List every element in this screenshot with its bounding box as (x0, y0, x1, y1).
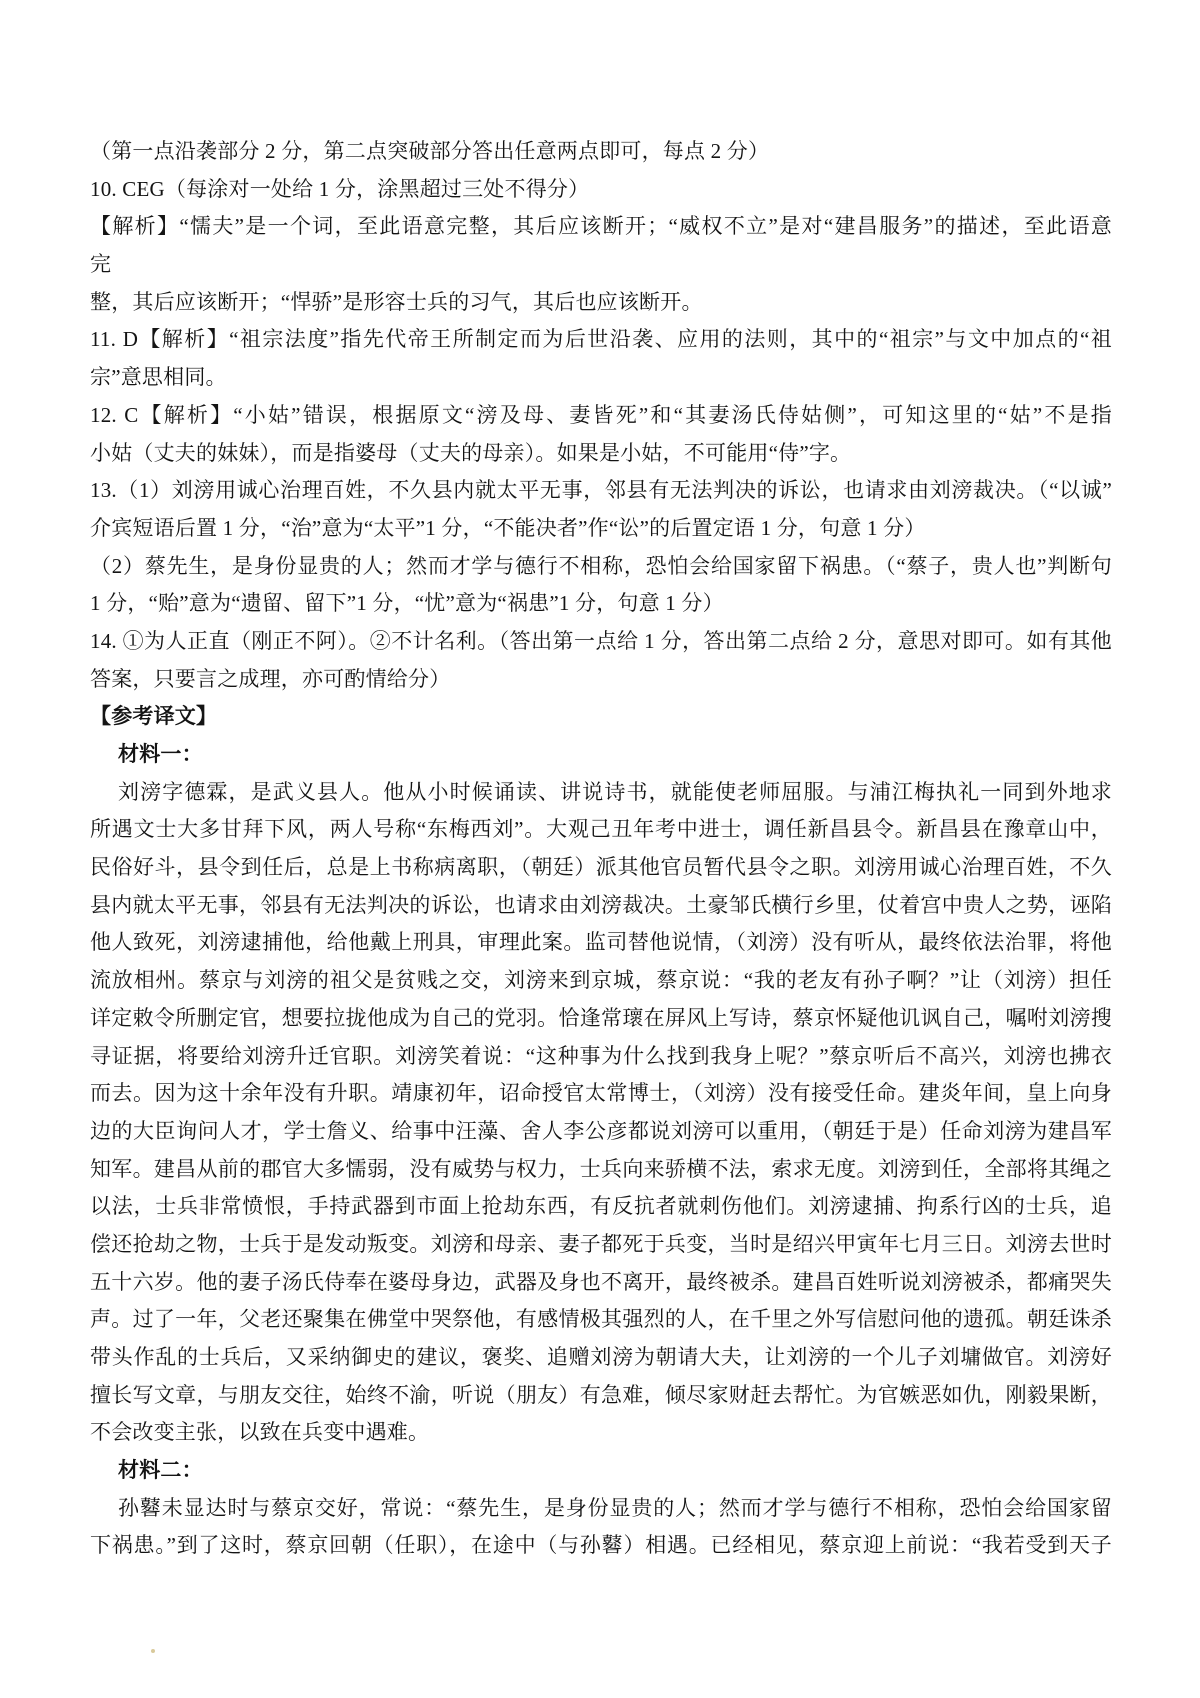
document-page: （第一点沿袭部分 2 分，第二点突破部分答出任意两点即可，每点 2 分）10. … (0, 0, 1200, 1698)
text-line: （2）蔡先生，是身份显贵的人；然而才学与德行不相称，恐怕会给国家留下祸患。（“蔡… (90, 548, 1112, 586)
text-line: 五十六岁。他的妻子汤氏侍奉在婆母身边，武器及身也不离开，最终被杀。建昌百姓听说刘… (90, 1264, 1112, 1302)
text-line: 刘滂字德霖，是武义县人。他从小时候诵读、讲说诗书，就能使老师屈服。与浦江梅执礼一… (90, 774, 1112, 812)
text-line: 答案，只要言之成理，亦可酌情给分） (90, 661, 1112, 699)
text-line: 【解析】“懦夫”是一个词，至此语意完整，其后应该断开；“威权不立”是对“建昌服务… (90, 208, 1112, 246)
text-line: 【参考译文】 (90, 698, 1112, 736)
text-line: 宗”意思相同。 (90, 359, 1112, 397)
text-line: 12. C【解析】“小姑”错误，根据原文“滂及母、妻皆死”和“其妻汤氏侍姑侧”，… (90, 397, 1112, 435)
document-lines: （第一点沿袭部分 2 分，第二点突破部分答出任意两点即可，每点 2 分）10. … (90, 133, 1112, 1565)
text-line: 不会改变主张，以致在兵变中遇难。 (90, 1414, 1112, 1452)
text-line: 详定敕令所删定官，想要拉拢他成为自己的党羽。恰逢常瓌在屏风上写诗，蔡京怀疑他讥讽… (90, 1000, 1112, 1038)
text-line: 声。过了一年，父老还聚集在佛堂中哭祭他，有感情极其强烈的人，在千里之外写信慰问他… (90, 1301, 1112, 1339)
text-line: 材料一： (90, 736, 1112, 774)
text-line: 14. ①为人正直（刚正不阿）。②不计名利。（答出第一点给 1 分，答出第二点给… (90, 623, 1112, 661)
text-line: 边的大臣询问人才，学士詹义、给事中汪藻、舍人李公彦都说刘滂可以重用，（朝廷于是）… (90, 1113, 1112, 1151)
scan-artifact-dot (151, 1649, 155, 1653)
text-line: 13.（1）刘滂用诚心治理百姓，不久县内就太平无事，邻县有无法判决的诉讼，也请求… (90, 472, 1112, 510)
text-line: 10. CEG（每涂对一处给 1 分，涂黑超过三处不得分） (90, 171, 1112, 209)
text-line: 小姑（丈夫的妹妹），而是指婆母（丈夫的母亲）。如果是小姑，不可能用“侍”字。 (90, 435, 1112, 473)
text-line: 知军。建昌从前的郡官大多懦弱，没有威势与权力，士兵向来骄横不法，索求无度。刘滂到… (90, 1151, 1112, 1189)
text-line: 擅长写文章，与朋友交往，始终不渝，听说（朋友）有急难，倾尽家财赶去帮忙。为官嫉恶… (90, 1377, 1112, 1415)
text-line: 偿还抢劫之物，士兵于是发动叛变。刘滂和母亲、妻子都死于兵变，当时是绍兴甲寅年七月… (90, 1226, 1112, 1264)
text-line: 民俗好斗，县令到任后，总是上书称病离职，（朝廷）派其他官员暂代县令之职。刘滂用诚… (90, 849, 1112, 887)
text-line: 流放相州。蔡京与刘滂的祖父是贫贱之交，刘滂来到京城，蔡京说：“我的老友有孙子啊？… (90, 962, 1112, 1000)
text-line: 整，其后应该断开；“悍骄”是形容士兵的习气，其后也应该断开。 (90, 284, 1112, 322)
text-line: 县内就太平无事，邻县有无法判决的诉讼，也请求由刘滂裁决。土豪邹氏横行乡里，仗着宫… (90, 887, 1112, 925)
text-line: 1 分，“贻”意为“遗留、留下”1 分，“忧”意为“祸患”1 分，句意 1 分） (90, 585, 1112, 623)
text-line: （第一点沿袭部分 2 分，第二点突破部分答出任意两点即可，每点 2 分） (90, 133, 1112, 171)
text-line: 完 (90, 246, 1112, 284)
text-line: 寻证据，将要给刘滂升迁官职。刘滂笑着说：“这种事为什么找到我身上呢？”蔡京听后不… (90, 1038, 1112, 1076)
text-line: 介宾短语后置 1 分，“治”意为“太平”1 分，“不能决者”作“讼”的后置定语 … (90, 510, 1112, 548)
text-line: 他人致死，刘滂逮捕他，给他戴上刑具，审理此案。监司替他说情，（刘滂）没有听从，最… (90, 924, 1112, 962)
text-line: 下祸患。”到了这时，蔡京回朝（任职），在途中（与孙鼛）相遇。已经相见，蔡京迎上前… (90, 1527, 1112, 1565)
text-line: 而去。因为这十余年没有升职。靖康初年，诏命授官太常博士，（刘滂）没有接受任命。建… (90, 1075, 1112, 1113)
text-line: 11. D【解析】“祖宗法度”指先代帝王所制定而为后世沿袭、应用的法则，其中的“… (90, 321, 1112, 359)
text-line: 以法，士兵非常愤恨，手持武器到市面上抢劫东西，有反抗者就刺伤他们。刘滂逮捕、拘系… (90, 1188, 1112, 1226)
text-line: 材料二： (90, 1452, 1112, 1490)
text-line: 所遇文士大多甘拜下风，两人号称“东梅西刘”。大观己丑年考中进士，调任新昌县令。新… (90, 811, 1112, 849)
text-line: 带头作乱的士兵后，又采纳御史的建议，褒奖、追赠刘滂为朝请大夫，让刘滂的一个儿子刘… (90, 1339, 1112, 1377)
text-line: 孙鼛未显达时与蔡京交好，常说：“蔡先生，是身份显贵的人；然而才学与德行不相称，恐… (90, 1490, 1112, 1528)
